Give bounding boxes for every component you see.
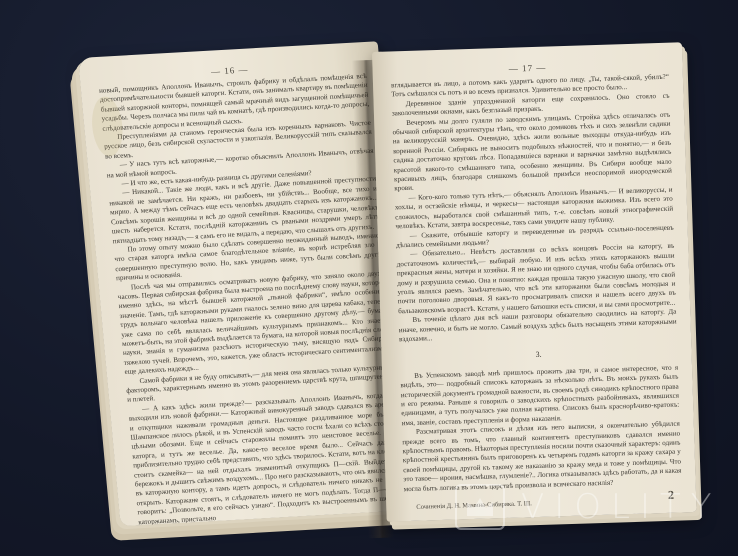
section-number: 3. bbox=[400, 346, 678, 364]
right-page-text: вглядывается въ лицо, а потомъ какъ удар… bbox=[373, 72, 696, 495]
watermark-text: VIOLITY bbox=[521, 487, 722, 527]
crown-icon bbox=[455, 484, 505, 530]
crown-icon-svg bbox=[465, 496, 495, 518]
right-page: — 17 — вглядывается въ лицо, а потомъ ка… bbox=[372, 42, 697, 522]
watermark: VIOLITY bbox=[455, 484, 722, 530]
paragraph: Вечеромъ мы долго гуляли по заводскимъ у… bbox=[392, 110, 672, 194]
paragraph: Послѣ чая мы отправились осматривать нов… bbox=[117, 269, 393, 378]
paragraph: — Обязательно... Невѣстъ доставляли со в… bbox=[396, 242, 676, 317]
photo-scene: — 16 — новый, помощникъ Аполлонъ Иванычъ… bbox=[0, 0, 738, 556]
paragraph: Въ Успенскомъ заводѣ мнѣ пришлось прожит… bbox=[400, 363, 680, 428]
